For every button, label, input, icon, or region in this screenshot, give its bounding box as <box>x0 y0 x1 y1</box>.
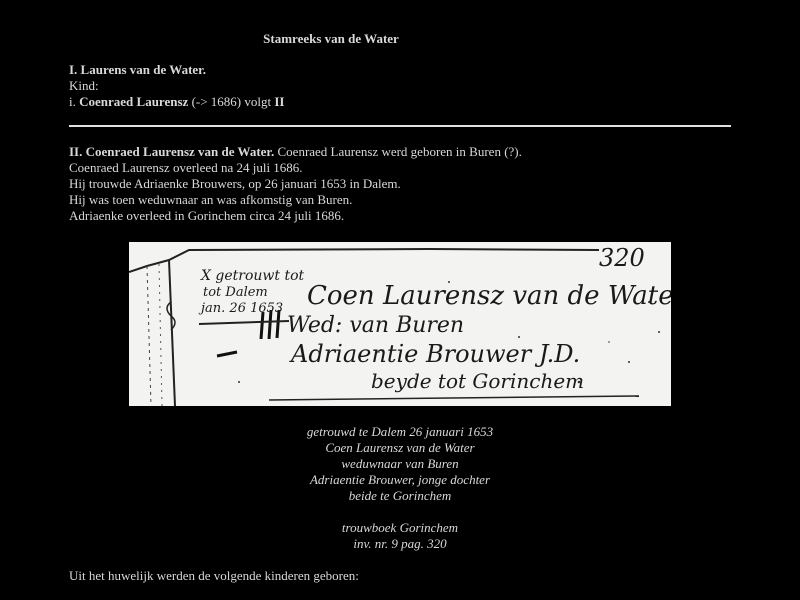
page-title: Stamreeks van de Water <box>0 31 731 47</box>
generation-2-line: Adriaenke overleed in Gorinchem circa 24… <box>69 208 522 224</box>
caption-line: Adriaentie Brouwer, jonge dochter <box>0 472 800 488</box>
child-name: Coenraed Laurensz <box>79 94 188 109</box>
caption-line: beide te Gorinchem <box>0 488 800 504</box>
generation-2-line: Coenraed Laurensz overleed na 24 juli 16… <box>69 160 522 176</box>
generation-2-heading: II. Coenraed Laurensz van de Water. <box>69 144 274 159</box>
child-dates: (-> 1686) volgt <box>192 94 272 109</box>
generation-2-section: II. Coenraed Laurensz van de Water. Coen… <box>69 144 522 224</box>
children-intro: Uit het huwelijk werden de volgende kind… <box>69 568 359 584</box>
scan-page-number: 320 <box>599 244 645 272</box>
caption-line: weduwnaar van Buren <box>0 456 800 472</box>
caption-line: inv. nr. 9 pag. 320 <box>0 536 800 552</box>
scan-caption: getrouwd te Dalem 26 januari 1653 Coen L… <box>0 424 800 552</box>
scan-handwriting-line: Adriaentie Brouwer J.D. <box>289 340 580 368</box>
scan-margin-note: jan. 26 1653 <box>198 301 283 316</box>
caption-line: getrouwd te Dalem 26 januari 1653 <box>0 424 800 440</box>
scan-handwriting-line: Wed: van Buren <box>287 313 464 338</box>
next-generation-link[interactable]: II <box>274 94 284 109</box>
generation-2-line: Hij was toen weduwnaar an was afkomstig … <box>69 192 522 208</box>
section-divider <box>69 125 731 127</box>
caption-line <box>0 504 800 520</box>
caption-line: trouwboek Gorinchem <box>0 520 800 536</box>
marriage-register-scan: X getrouwt tot tot Dalem jan. 26 1653 Co… <box>129 242 671 406</box>
kind-label: Kind: <box>69 78 284 94</box>
caption-line: Coen Laurensz van de Water <box>0 440 800 456</box>
scan-handwriting-line: Coen Laurensz van de Water <box>307 281 671 311</box>
generation-2-line: Hij trouwde Adriaenke Brouwers, op 26 ja… <box>69 176 522 192</box>
scan-margin-note: X getrouwt tot <box>200 268 305 284</box>
child-entry: i. Coenraed Laurensz (-> 1686) volgt II <box>69 94 284 110</box>
generation-1-section: I. Laurens van de Water. Kind: i. Coenra… <box>69 62 284 110</box>
scan-margin-note: tot Dalem <box>203 285 268 300</box>
child-index: i. <box>69 94 76 109</box>
scan-handwriting-line: beyde tot Gorinchem <box>371 369 584 393</box>
generation-2-line: Coenraed Laurensz werd geboren in Buren … <box>278 144 522 159</box>
generation-1-heading: I. Laurens van de Water. <box>69 62 206 77</box>
